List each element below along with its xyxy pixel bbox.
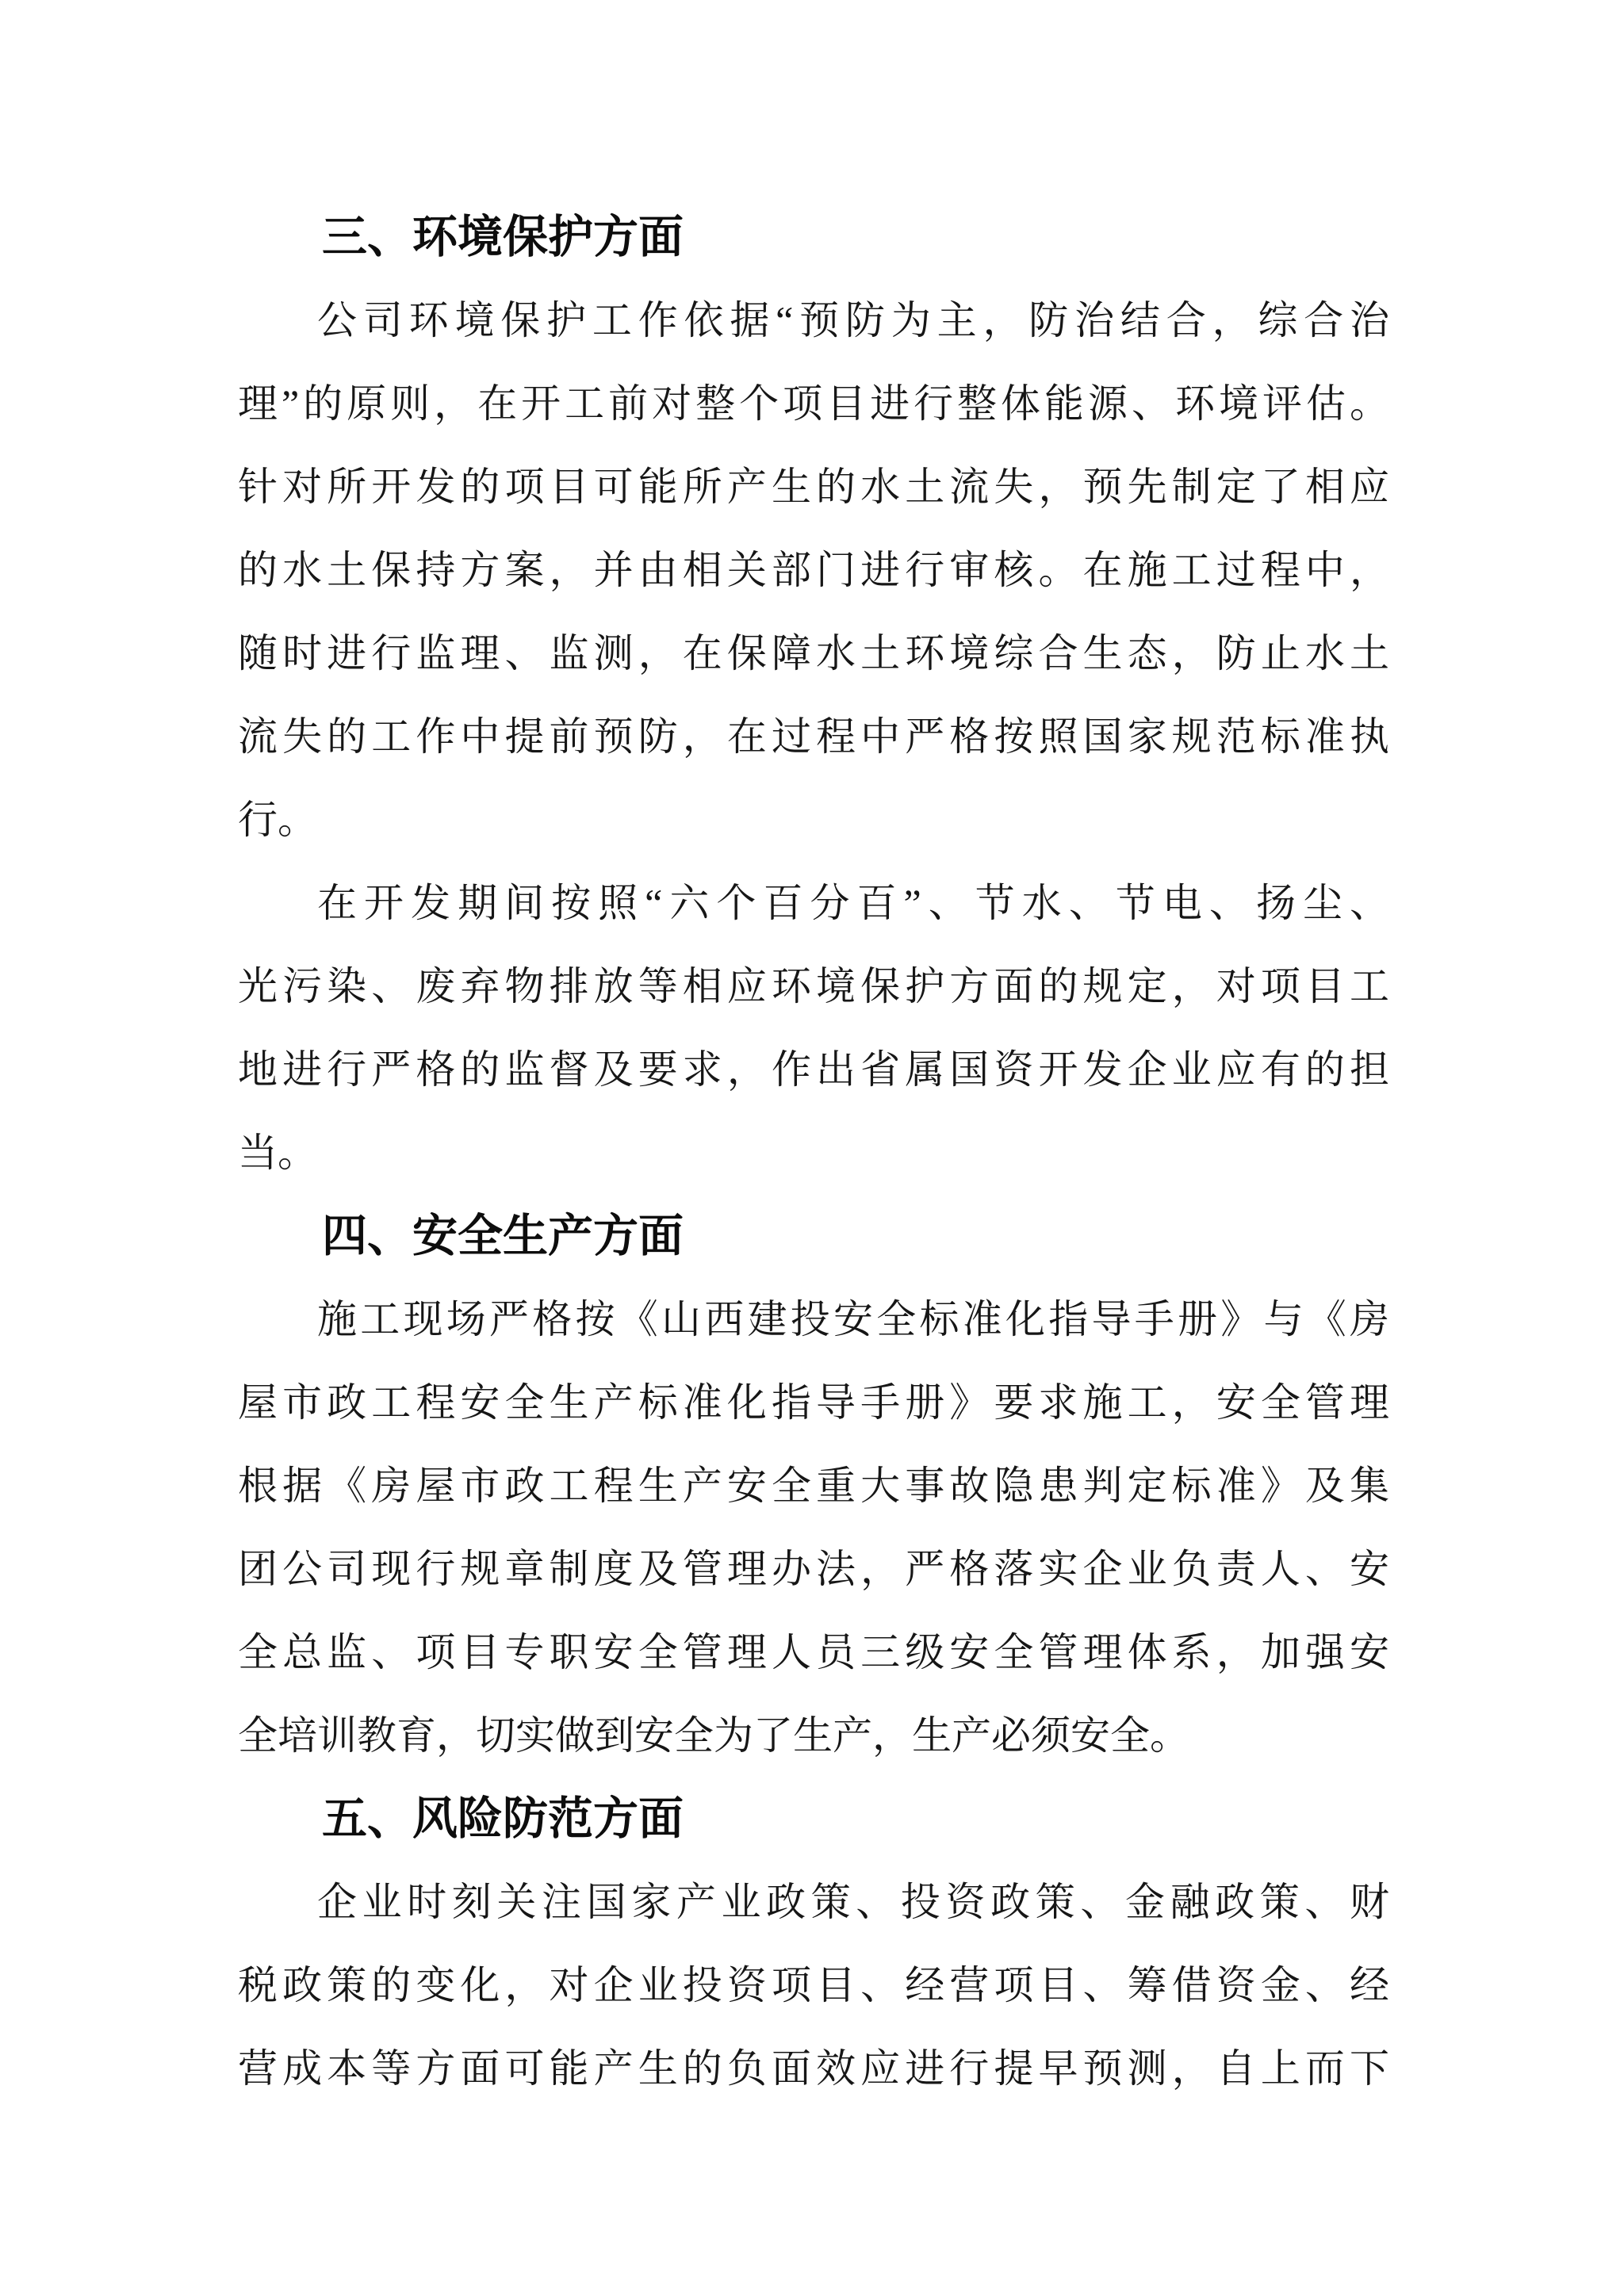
text-line: 流失的工作中提前预防，在过程中严格按照国家规范标准执 <box>238 695 1389 779</box>
text-line: 团公司现行规章制度及管理办法，严格落实企业负责人、安 <box>238 1528 1389 1611</box>
text-line: 施工现场严格按《山西建投安全标准化指导手册》与《房 <box>238 1278 1389 1361</box>
text-line: 光污染、废弃物排放等相应环境保护方面的规定，对项目工 <box>238 945 1389 1028</box>
document-page: 三、环境保护方面公司环境保护工作依据“预防为主，防治结合，综合治理”的原则，在开… <box>0 0 1624 2296</box>
text-line: 公司环境保护工作依据“预防为主，防治结合，综合治 <box>238 279 1389 362</box>
text-line: 税政策的变化，对企业投资项目、经营项目、筹借资金、经 <box>238 1944 1389 2027</box>
text-line: 当。 <box>238 1112 1389 1195</box>
text-line: 全总监、项目专职安全管理人员三级安全管理体系，加强安 <box>238 1611 1389 1694</box>
text-line: 营成本等方面可能产生的负面效应进行提早预测，自上而下 <box>238 2027 1389 2110</box>
text-line: 随时进行监理、监测，在保障水土环境综合生态，防止水土 <box>238 612 1389 695</box>
text-line: 企业时刻关注国家产业政策、投资政策、金融政策、财 <box>238 1861 1389 1944</box>
text-line: 根据《房屋市政工程生产安全重大事故隐患判定标准》及集 <box>238 1445 1389 1528</box>
text-line: 针对所开发的项目可能所产生的水土流失，预先制定了相应 <box>238 446 1389 529</box>
section-heading: 五、风险防范方面 <box>238 1777 1389 1861</box>
text-line: 的水土保持方案，并由相关部门进行审核。在施工过程中， <box>238 529 1389 612</box>
section-heading: 三、环境保护方面 <box>238 196 1389 279</box>
text-line: 屋市政工程安全生产标准化指导手册》要求施工，安全管理 <box>238 1361 1389 1445</box>
text-line: 行。 <box>238 779 1389 862</box>
section-heading: 四、安全生产方面 <box>238 1195 1389 1278</box>
text-line: 地进行严格的监督及要求，作出省属国资开发企业应有的担 <box>238 1028 1389 1112</box>
text-line: 在开发期间按照“六个百分百”、节水、节电、扬尘、 <box>238 862 1389 945</box>
text-line: 全培训教育，切实做到安全为了生产，生产必须安全。 <box>238 1694 1389 1777</box>
text-line: 理”的原则，在开工前对整个项目进行整体能源、环境评估。 <box>238 362 1389 446</box>
